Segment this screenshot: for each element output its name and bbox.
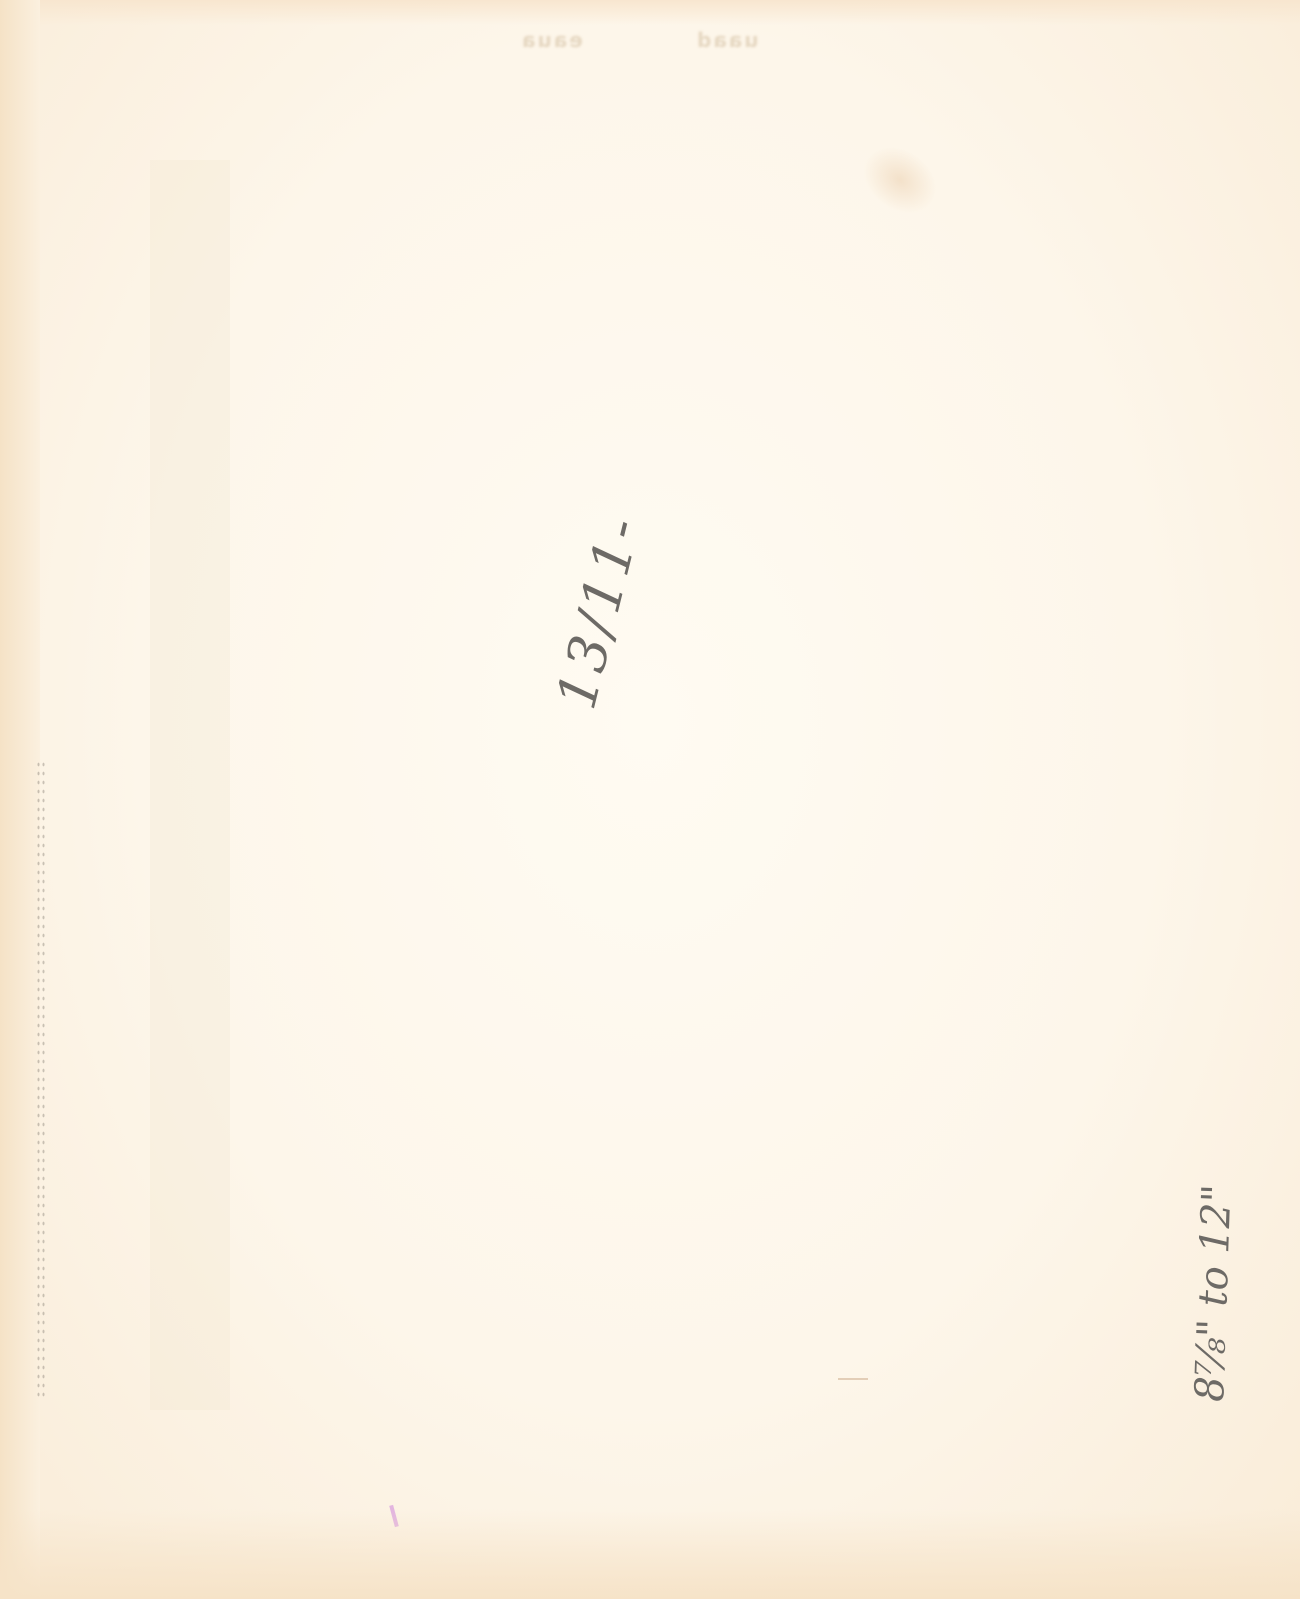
bleed-through-text-right: uaad — [695, 28, 759, 52]
pencil-price-annotation: 13/11- — [544, 508, 653, 715]
faint-inner-panel — [150, 160, 230, 1410]
top-edge-discoloration — [0, 0, 1300, 25]
faint-dash-mark — [838, 1378, 868, 1380]
speckled-edge-strip — [36, 760, 46, 1400]
pencil-size-annotation: 8⅞" to 12" — [1187, 1184, 1241, 1403]
foxing-stain — [850, 132, 950, 227]
left-margin-discoloration — [0, 0, 40, 1599]
bottom-edge-discoloration — [0, 1509, 1300, 1599]
bleed-through-text-left: eaua — [520, 28, 583, 52]
paper-sheet: eaua uaad 13/11- 8⅞" to 12" — [0, 0, 1300, 1599]
